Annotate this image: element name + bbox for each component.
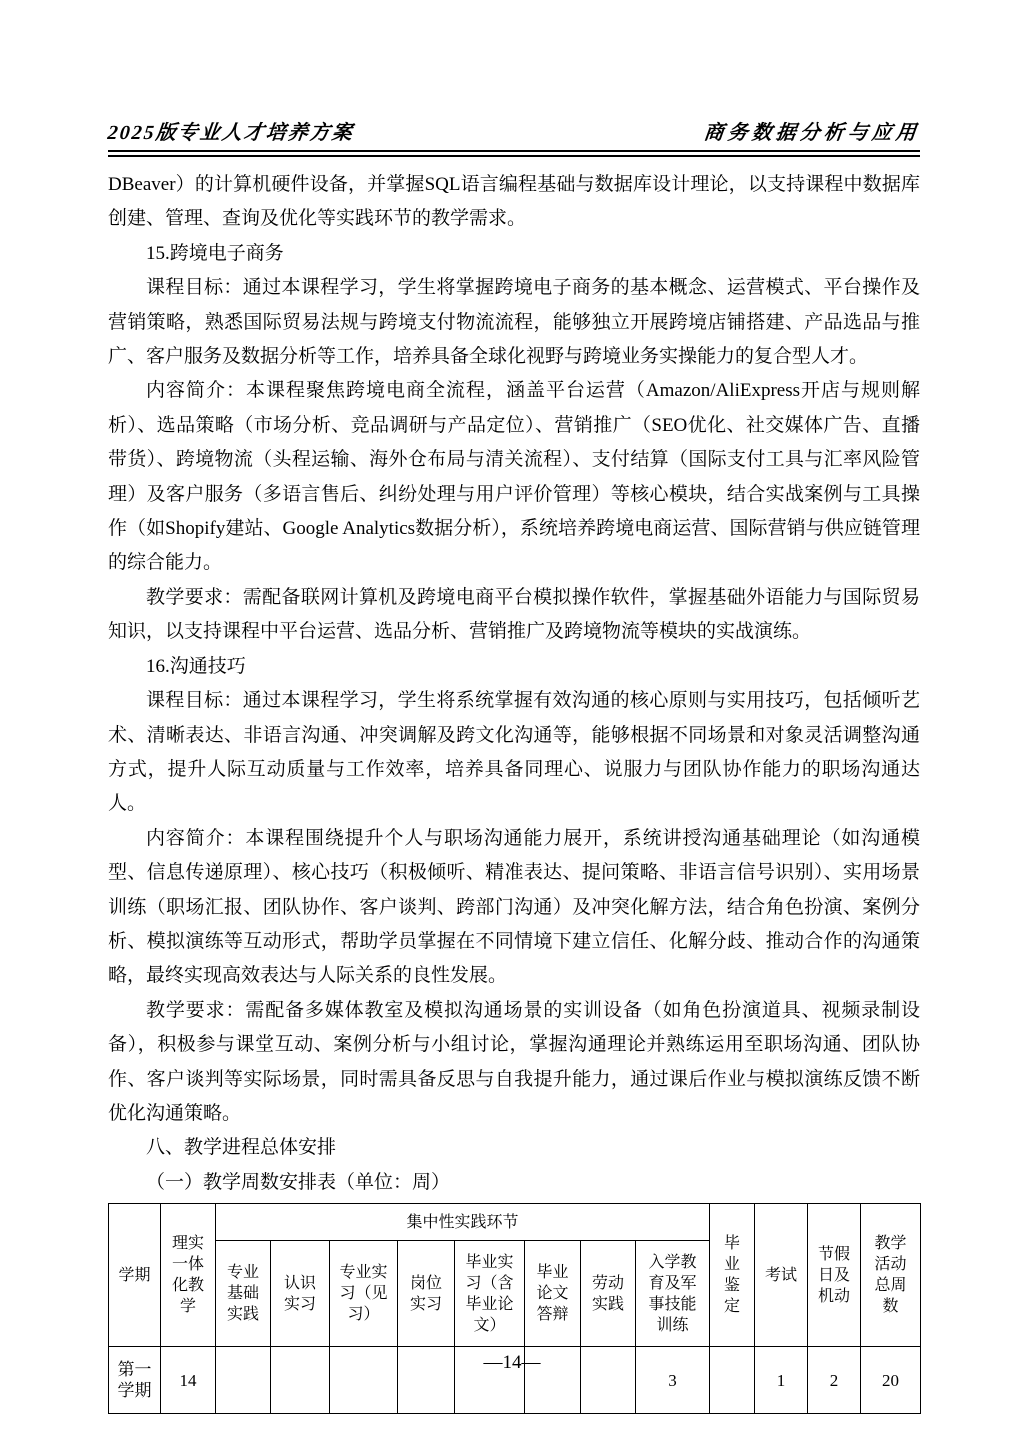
col-header-enrollment-military-training: 入学教 育及军 事技能 训练 <box>636 1241 710 1347</box>
col-header-holiday-flexible: 节假 日及 机动 <box>808 1204 861 1347</box>
col-header-professional-internship: 专业实 习（见 习） <box>330 1241 398 1347</box>
col-header-labor-practice: 劳动 实践 <box>581 1241 636 1347</box>
col-header-graduation-appraisal: 毕 业 鉴 定 <box>710 1204 755 1347</box>
teaching-weeks-table: 学期 理实 一体 化教 学 集中性实践环节 毕 业 鉴 定 考试 节假 日及 机… <box>108 1203 921 1414</box>
paragraph-course15-requirements: 教学要求：需配备联网计算机及跨境电商平台模拟操作软件，掌握基础外语能力与国际贸易… <box>108 581 920 650</box>
col-header-thesis-defense: 毕业 论文 答辩 <box>525 1241 581 1347</box>
col-header-integrated-teaching: 理实 一体 化教 学 <box>161 1204 216 1347</box>
header-double-rule <box>108 150 920 157</box>
col-header-cognition-internship: 认识 实习 <box>271 1241 330 1347</box>
col-header-post-internship: 岗位 实习 <box>398 1241 455 1347</box>
document-content: DBeaver）的计算机硬件设备，并掌握SQL语言编程基础与数据库设计理论，以支… <box>108 168 920 1414</box>
col-header-professional-basic-practice: 专业 基础 实践 <box>216 1241 271 1347</box>
paragraph-course15-goals: 课程目标：通过本课程学习，学生将掌握跨境电子商务的基本概念、运营模式、平台操作及… <box>108 271 920 374</box>
table-caption: （一）教学周数安排表（单位：周） <box>108 1166 920 1200</box>
paragraph-course16-content: 内容简介：本课程围绕提升个人与职场沟通能力展开，系统讲授沟通基础理论（如沟通模型… <box>108 822 920 994</box>
page-header: 2025版专业人才培养方案 商务数据分析与应用 <box>108 116 920 157</box>
paragraph-dbeaver-continuation: DBeaver）的计算机硬件设备，并掌握SQL语言编程基础与数据库设计理论，以支… <box>108 168 920 237</box>
col-header-exam: 考试 <box>755 1204 808 1347</box>
header-left-title: 2025版专业人才培养方案 <box>106 116 355 145</box>
col-header-total-weeks: 教学 活动 总周 数 <box>861 1204 921 1347</box>
header-right-title: 商务数据分析与应用 <box>702 116 921 145</box>
section-title-course-15: 15.跨境电子商务 <box>108 237 920 271</box>
page-number: —14— <box>0 1352 1024 1374</box>
section-title-course-16: 16.沟通技巧 <box>108 650 920 684</box>
paragraph-course16-requirements: 教学要求：需配备多媒体教室及模拟沟通场景的实训设备（如角色扮演道具、视频录制设备… <box>108 994 920 1132</box>
paragraph-course15-content: 内容简介：本课程聚焦跨境电商全流程，涵盖平台运营（Amazon/AliExpre… <box>108 374 920 580</box>
col-header-concentrated-practice: 集中性实践环节 <box>216 1204 710 1241</box>
col-header-semester: 学期 <box>109 1204 161 1347</box>
paragraph-course16-goals: 课程目标：通过本课程学习，学生将系统掌握有效沟通的核心原则与实用技巧，包括倾听艺… <box>108 684 920 822</box>
section-heading-teaching-schedule: 八、教学进程总体安排 <box>108 1131 920 1165</box>
col-header-graduation-internship: 毕业实 习（含 毕业论 文） <box>455 1241 525 1347</box>
document-page: 2025版专业人才培养方案 商务数据分析与应用 DBeaver）的计算机硬件设备… <box>0 0 1024 1448</box>
